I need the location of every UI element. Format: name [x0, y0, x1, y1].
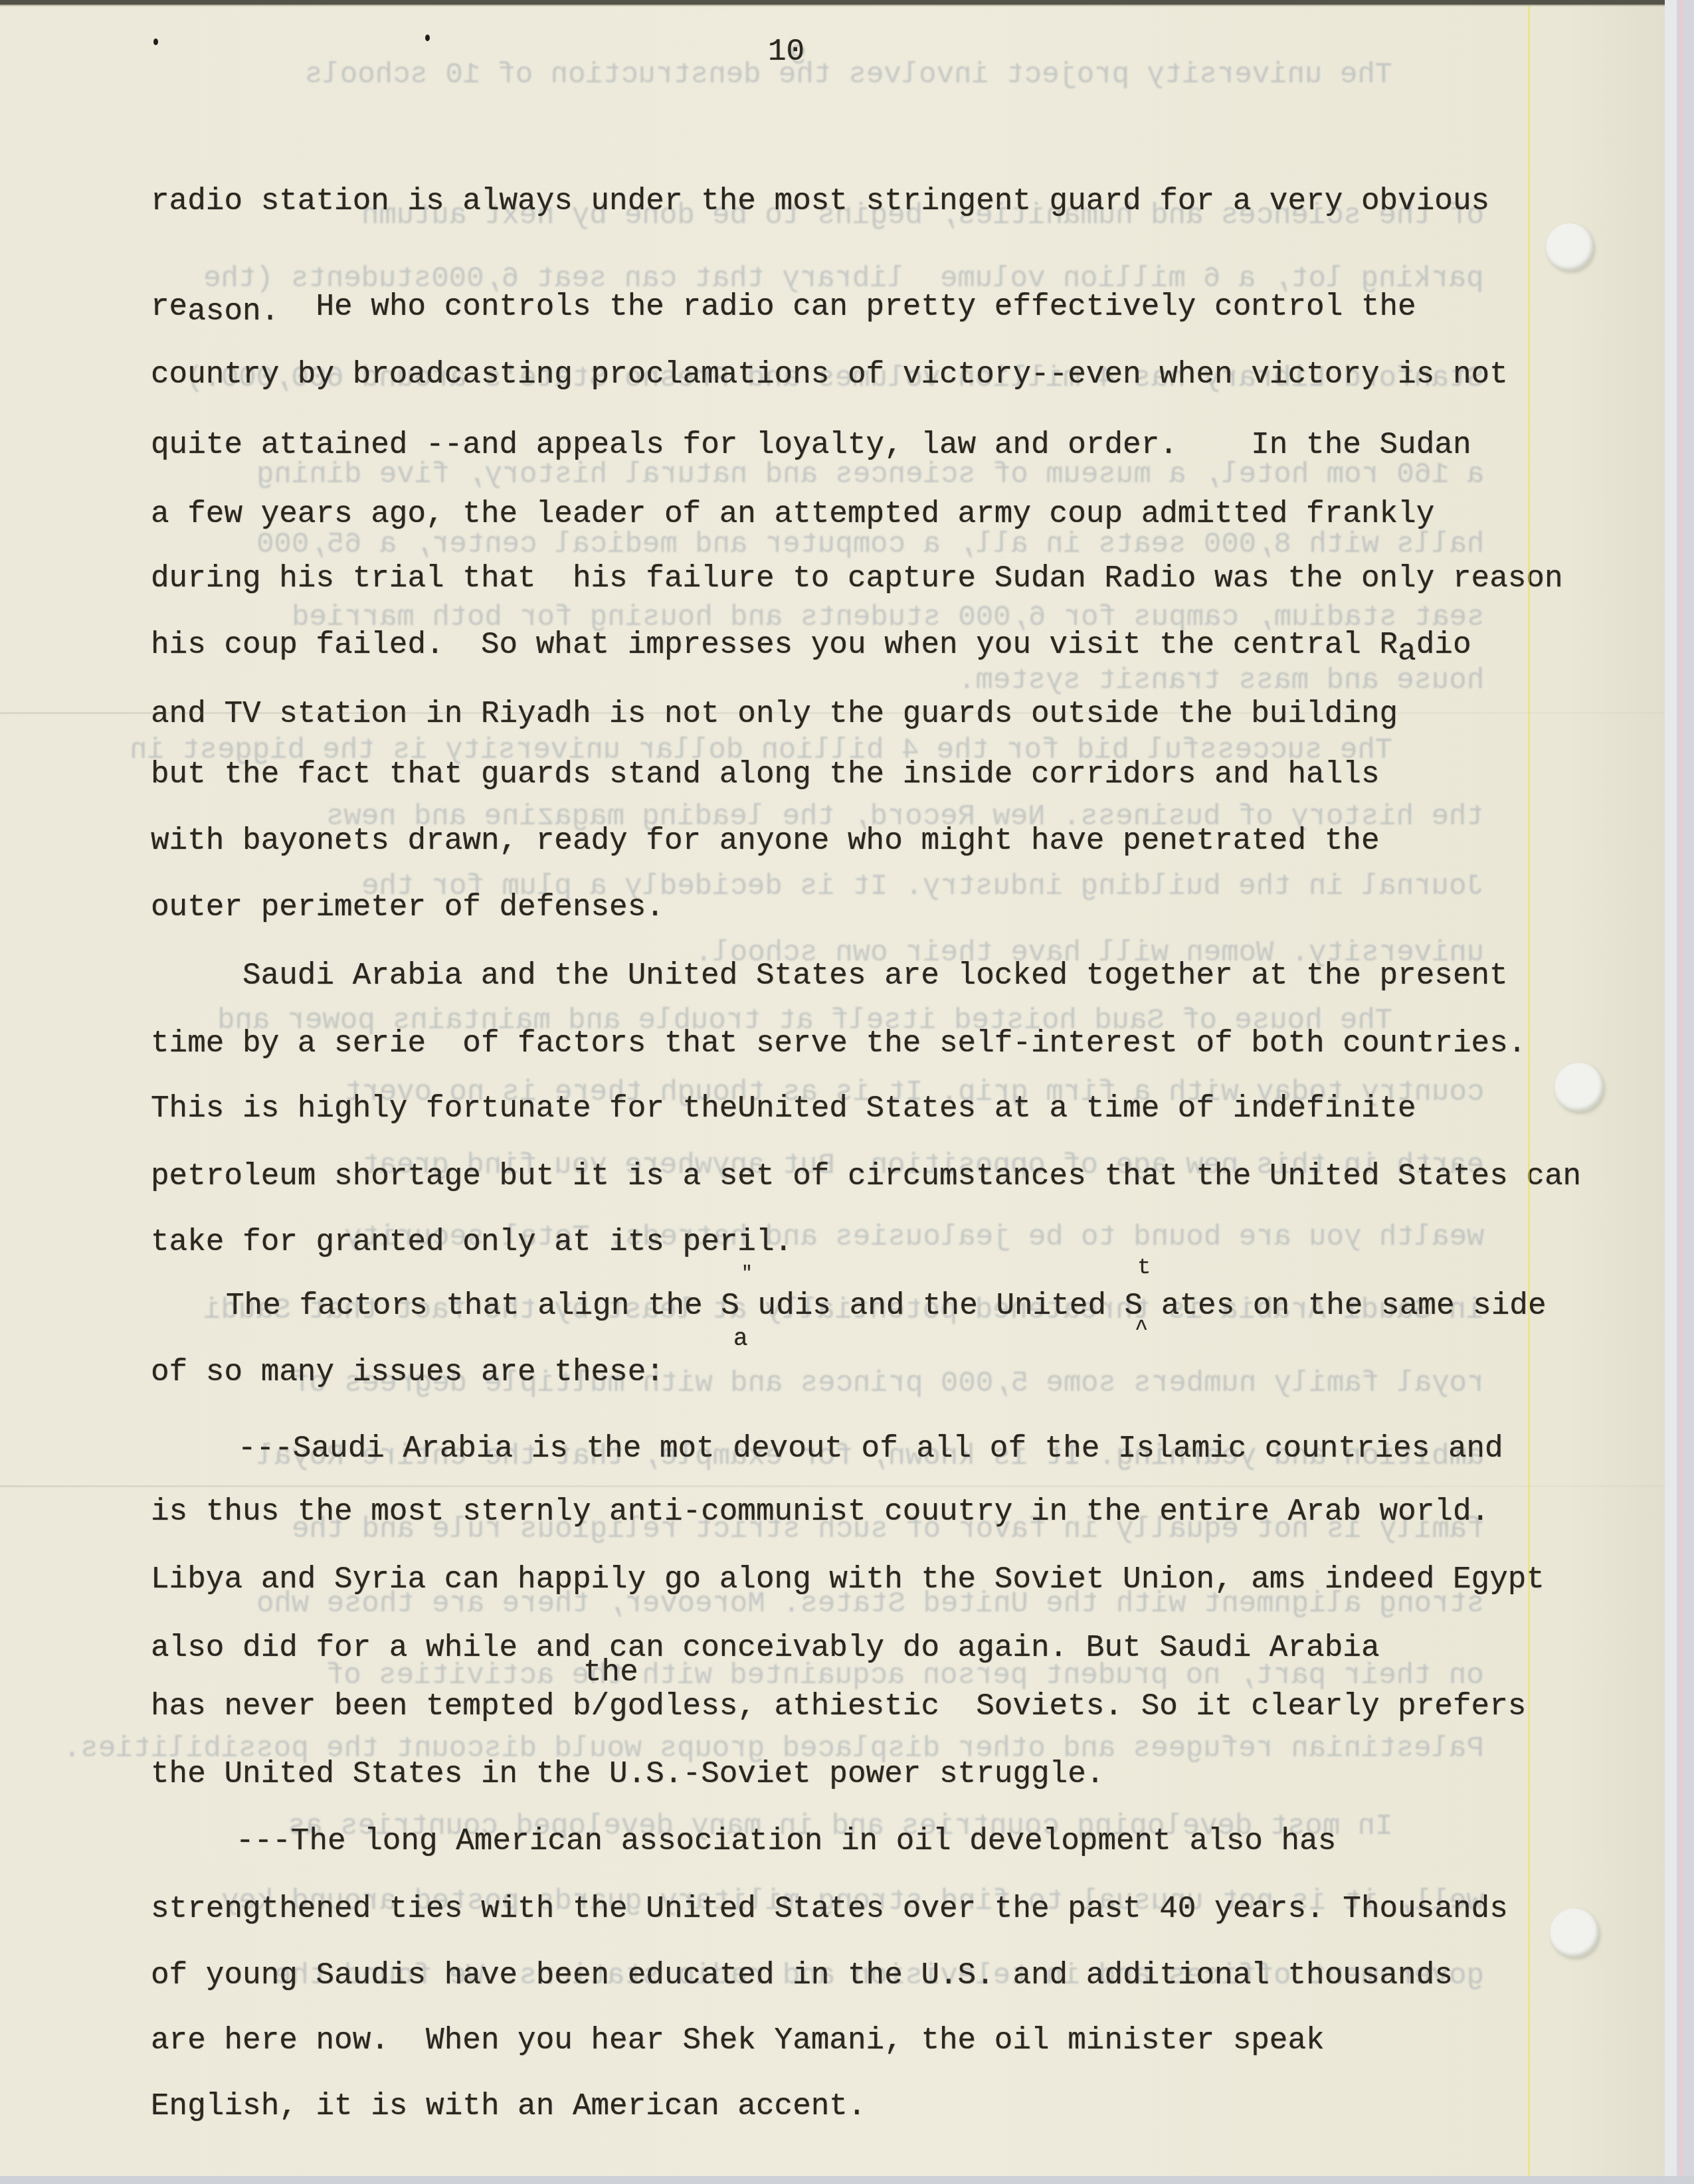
typed-line: quite attained --and appeals for loyalty…: [151, 428, 1471, 462]
typed-line: petroleum shortage but it is a set of ci…: [151, 1159, 1581, 1194]
typed-line: of young Saudis have been educated in th…: [151, 1958, 1453, 1993]
inserted-character: ″: [741, 1263, 753, 1284]
typed-line: The factors that align the S udis and th…: [226, 1289, 1547, 1323]
typed-line: is thus the most sternly anti-communist …: [151, 1495, 1489, 1529]
paper-crease: [0, 1485, 1665, 1487]
typed-line: Libya and Syria can happily go along wit…: [151, 1562, 1545, 1597]
ink-speck: [153, 39, 158, 45]
punch-hole: [1554, 1063, 1604, 1112]
typed-line: time by a serie of factors that serve th…: [151, 1026, 1526, 1061]
typed-run: a: [1398, 634, 1416, 669]
bleed-through-line: The university project involves the dens…: [305, 58, 1392, 92]
pink-edge-line: [1679, 0, 1683, 2184]
typed-line: reason. He who controls the radio can pr…: [151, 290, 1416, 324]
typed-line: and TV station in Riyadh is not only the…: [151, 697, 1398, 731]
typed-line: strengthened ties with the United States…: [151, 1892, 1508, 1926]
ink-speck: [425, 35, 430, 41]
typed-line: ---Saudi Arabia is the mot devout of all…: [238, 1431, 1503, 1466]
inserted-character: a: [733, 1325, 748, 1352]
typed-line: during his trial that his failure to cap…: [151, 561, 1563, 596]
bleed-through-line: a 160 rom hotel, a museum of sciences an…: [256, 458, 1484, 492]
typed-line: radio station is always under the most s…: [151, 184, 1489, 219]
page-number: 10: [768, 35, 804, 69]
typed-line: are here now. When you hear Shek Yamani,…: [151, 2023, 1325, 2058]
paper-crease: [0, 712, 1665, 714]
typed-line: his coup failed. So what impresses you w…: [151, 628, 1471, 662]
typed-line: with bayonets drawn, ready for anyone wh…: [151, 824, 1380, 858]
typed-run: his coup failed. So what impresses you w…: [151, 628, 1398, 662]
inserted-character: the: [583, 1655, 638, 1690]
typed-line: take for granted only at its peril.: [151, 1225, 793, 1259]
inserted-character: t: [1137, 1255, 1151, 1281]
punch-hole: [1546, 223, 1594, 271]
typed-line: has never been tempted b/godless, athies…: [151, 1689, 1526, 1724]
inserted-character: ^: [1135, 1317, 1148, 1342]
punch-hole: [1550, 1908, 1599, 1957]
typed-run: re: [151, 290, 187, 324]
yellow-margin-line: [1528, 0, 1530, 2184]
typed-line: country by broadcasting proclamations of…: [151, 357, 1508, 392]
scan-top-edge: [0, 0, 1665, 5]
typed-line: ---The long American association in oil …: [236, 1824, 1336, 1859]
bleed-through-line: house and mass transit system.: [958, 664, 1484, 697]
typed-line: This is highly fortunate for theUnited S…: [151, 1091, 1416, 1126]
typed-line: the United States in the U.S.-Soviet pow…: [151, 1757, 1104, 1791]
typed-line: of so many issues are these:: [151, 1355, 664, 1390]
paper-sheet: 9The university project involves the den…: [0, 0, 1665, 2184]
paper-right-edge: [1665, 0, 1677, 2184]
typed-run: He who controls the radio can pretty eff…: [279, 290, 1416, 324]
scan-bottom-edge: [0, 2176, 1694, 2184]
typed-line: but the fact that guards stand along the…: [151, 757, 1380, 792]
typed-line: a few years ago, the leader of an attemp…: [151, 497, 1434, 531]
typed-line: Saudi Arabia and the United States are l…: [242, 958, 1508, 993]
bleed-through-line: halls with 8,000 seats in all, a compute…: [256, 528, 1484, 561]
typed-run: ason.: [187, 294, 279, 329]
typed-line: also did for a while and can conceivably…: [151, 1631, 1380, 1665]
typed-line: outer perimeter of defenses.: [151, 890, 664, 925]
typed-run: dio: [1416, 628, 1471, 662]
typed-line: English, it is with an American accent.: [151, 2089, 866, 2124]
